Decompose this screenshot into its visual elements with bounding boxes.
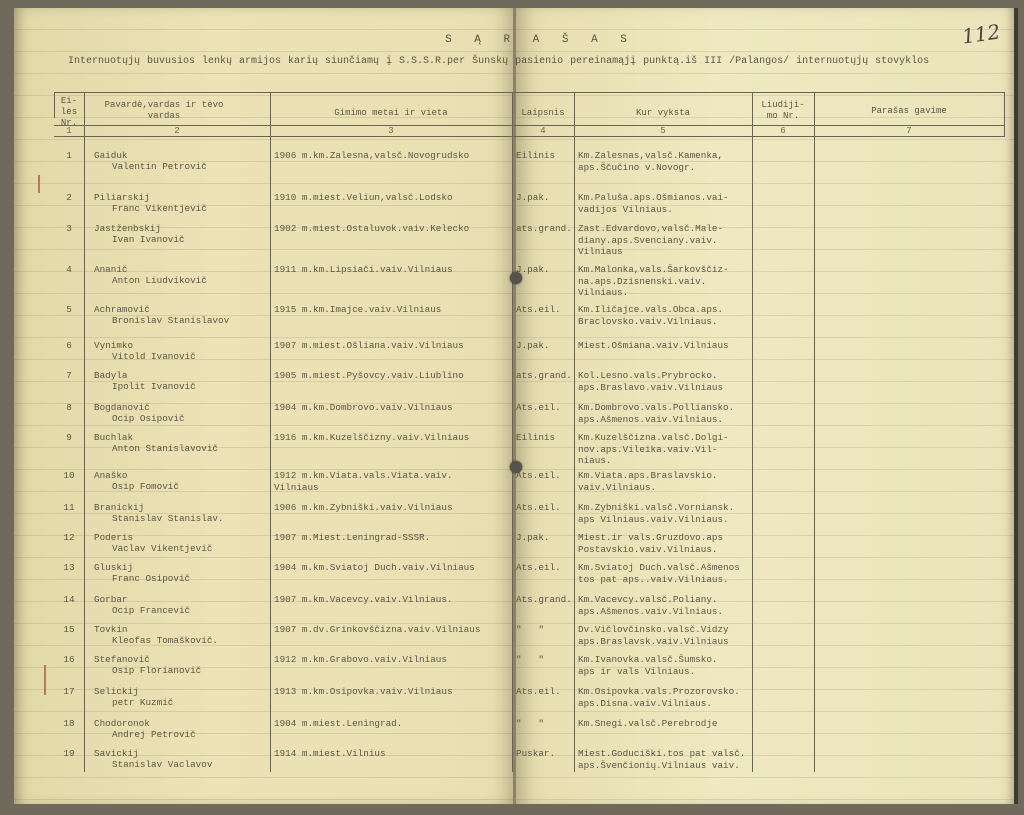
- header-row-number: Ei- lės Nr.: [54, 96, 84, 129]
- rank: ats.grand.: [516, 223, 572, 235]
- table-top-rule: [54, 92, 1004, 93]
- column-number: 2: [84, 126, 270, 136]
- birth-year-place: 1907 m.dv.Grinkovščizna.vaiv.Vilniaus: [274, 624, 480, 636]
- rank: " ": [516, 718, 544, 730]
- destination: Km.Iličajce.vals.Obca.aps. Braclovsko.va…: [578, 304, 723, 327]
- surname: Poderis: [94, 532, 133, 544]
- given-and-patronymic: Ivan Ivanovič: [112, 234, 185, 246]
- given-and-patronymic: Andrej Petrovič: [112, 729, 196, 741]
- rank: " ": [516, 624, 544, 636]
- birth-year-place: 1904 m.km.Dombrovo.vaiv.Vilniaus: [274, 402, 453, 414]
- row-number: 18: [56, 718, 82, 730]
- birth-year-place: 1906 m.km.Zalesna,valsč.Novogrudsko: [274, 150, 469, 162]
- row-number: 19: [56, 748, 82, 760]
- destination: Miest.Ošmiana.vaiv.Vilniaus: [578, 340, 729, 352]
- birth-year-place: 1916 m.km.Kuzelščizny.vaiv.Vilniaus: [274, 432, 469, 444]
- destination: Km.Kuzelščizna.valsč.Dolgi- nov.aps.Vile…: [578, 432, 729, 467]
- rank: " ": [516, 654, 544, 666]
- surname: Gaiduk: [94, 150, 127, 162]
- destination: Km.Paluša.aps.Ošmianos.vai- vadijos Viln…: [578, 192, 729, 215]
- birth-year-place: 1914 m.miest.Vilnius: [274, 748, 386, 760]
- rank: Eilinis: [516, 150, 555, 162]
- surname: Savickij: [94, 748, 139, 760]
- given-and-patronymic: Stanislav Stanislav.: [112, 513, 224, 525]
- destination: Dv.Vičlovčinsko.valsč.Vidzy aps.Braslavs…: [578, 624, 729, 647]
- binding-hole: [510, 461, 522, 473]
- surname: Anaško: [94, 470, 127, 482]
- surname: Gluskij: [94, 562, 133, 574]
- header-bottom-rule: [54, 136, 1004, 137]
- rank: Ats.eil.: [516, 470, 561, 482]
- given-and-patronymic: Anton Liudvikovič: [112, 275, 207, 287]
- surname: Selickij: [94, 686, 139, 698]
- column-rule: [1004, 92, 1005, 137]
- rank: Ats.eil.: [516, 402, 561, 414]
- given-and-patronymic: Valentin Petrovič: [112, 161, 207, 173]
- column-number: 3: [270, 126, 512, 136]
- given-and-patronymic: Ocip Osipovič: [112, 413, 185, 425]
- birth-year-place: 1902 m.miest.Ostaluvok.vaiv.Kelecko: [274, 223, 469, 235]
- row-number: 3: [56, 223, 82, 235]
- column-rule: [574, 92, 575, 772]
- row-number: 9: [56, 432, 82, 444]
- header-signature: Parašas gavime: [814, 106, 1004, 117]
- surname: Jastženbskij: [94, 223, 161, 235]
- birth-year-place: 1912 m.km.Grabovo.vaiv.Vilniaus: [274, 654, 447, 666]
- destination: Km.Osipovka.vals.Prozorovsko. aps.Disna.…: [578, 686, 740, 709]
- rank: Ats.eil.: [516, 686, 561, 698]
- given-and-patronymic: Kleofas Tomaškovič.: [112, 635, 218, 647]
- birth-year-place: 1906 m.km.Zybniški.vaiv.Vilniaus: [274, 502, 453, 514]
- row-number: 5: [56, 304, 82, 316]
- rust-stain: [38, 175, 40, 193]
- surname: Piliarskij: [94, 192, 150, 204]
- rank: Ats.eil.: [516, 502, 561, 514]
- given-and-patronymic: Vitold Ivanovič: [112, 351, 196, 363]
- row-number: 14: [56, 594, 82, 606]
- birth-year-place: 1904 m.km.Sviatoj Duch.vaiv.Vilniaus: [274, 562, 475, 574]
- column-rule: [270, 92, 271, 772]
- row-number: 15: [56, 624, 82, 636]
- rank: Ats.eil.: [516, 304, 561, 316]
- destination: Km.Zalesnas,valsč.Kamenka, aps.Ščučino v…: [578, 150, 723, 173]
- row-number: 8: [56, 402, 82, 414]
- column-rule: [752, 92, 753, 772]
- rank: J.pak.: [516, 532, 549, 544]
- destination: Km.Zybniški.valsč.Vorniansk. aps Vilniau…: [578, 502, 734, 525]
- row-number: 7: [56, 370, 82, 382]
- header-birth: Gimimo metai ir vieta: [270, 108, 512, 119]
- destination: Km.Malonka,vals.Šarkovščiz- na.aps.Dzisn…: [578, 264, 729, 299]
- column-number: 4: [512, 126, 574, 136]
- surname: Achramovič: [94, 304, 150, 316]
- rust-stain: [44, 665, 46, 695]
- given-and-patronymic: Osip Florianovič: [112, 665, 201, 677]
- binding-hole: [510, 272, 522, 284]
- given-and-patronymic: Osip Fomovič: [112, 481, 179, 493]
- row-number: 1: [56, 150, 82, 162]
- surname: Branickij: [94, 502, 144, 514]
- document-title: S Ą R A Š A S: [440, 34, 640, 46]
- row-number: 6: [56, 340, 82, 352]
- column-number: 5: [574, 126, 752, 136]
- birth-year-place: 1904 m.miest.Leningrad.: [274, 718, 402, 730]
- given-and-patronymic: Ocip Francevič: [112, 605, 190, 617]
- destination: Km.Snegi.valsč.Perebrodje: [578, 718, 717, 730]
- rank: J.pak.: [516, 340, 549, 352]
- destination: Km.Dombrovo.vals.Polliansko. aps.Ašmenos…: [578, 402, 734, 425]
- destination: Km.Ivanovka.valsč.Šumsko. aps ir vals Vi…: [578, 654, 717, 677]
- birth-year-place: 1912 m.km.Viata.vals.Viata.vaiv. Vilniau…: [274, 470, 453, 493]
- birth-year-place: 1907 m.km.Vacevcy.vaiv.Vilniaus.: [274, 594, 453, 606]
- destination: Km.Viata.aps.Braslavskio. vaiv.Vilniaus.: [578, 470, 717, 493]
- destination: Kol.Lesno.vals.Prybrocko. aps.Braslavo.v…: [578, 370, 723, 393]
- column-number: 1: [54, 126, 84, 136]
- given-and-patronymic: petr Kuzmič: [112, 697, 173, 709]
- surname: Chodoronok: [94, 718, 150, 730]
- surname: Gorbar: [94, 594, 127, 606]
- column-number: 6: [752, 126, 814, 136]
- rank: Ats.eil.: [516, 562, 561, 574]
- destination: Zast.Edvardovo,valsč.Male- diany.aps.Sve…: [578, 223, 723, 258]
- header-certificate: Liudiji- mo Nr.: [752, 100, 814, 122]
- surname: Ananič: [94, 264, 127, 276]
- surname: Buchlak: [94, 432, 133, 444]
- rank: ats.grand.: [516, 370, 572, 382]
- rank: J.pak.: [516, 192, 549, 204]
- surname: Badyla: [94, 370, 127, 382]
- given-and-patronymic: Franc Vikentjevič: [112, 203, 207, 215]
- rank: Puskar.: [516, 748, 555, 760]
- birth-year-place: 1913 m.km.Osipovka.vaiv.Vilniaus: [274, 686, 453, 698]
- row-number: 17: [56, 686, 82, 698]
- column-rule: [512, 92, 513, 772]
- surname: Bogdanovič: [94, 402, 150, 414]
- row-number: 11: [56, 502, 82, 514]
- destination: Miest.ir vals.Gruzdovo.aps Postavskio.va…: [578, 532, 723, 555]
- row-number: 2: [56, 192, 82, 204]
- surname: Tovkin: [94, 624, 127, 636]
- column-number: 7: [814, 126, 1004, 136]
- ledger-table: Ei- lės Nr. Pavardė,vardas ir tėvo varda…: [54, 92, 1004, 772]
- row-number: 4: [56, 264, 82, 276]
- rank: Ats.grand.: [516, 594, 572, 606]
- birth-year-place: 1910 m.miest.Veliun,valsč.Lodsko: [274, 192, 453, 204]
- row-number: 10: [56, 470, 82, 482]
- given-and-patronymic: Anton Stanislavovič: [112, 443, 218, 455]
- column-rule: [814, 92, 815, 772]
- given-and-patronymic: Franc Osipovič: [112, 573, 190, 585]
- surname: Vynimko: [94, 340, 133, 352]
- birth-year-place: 1911 m.km.Lipsiači.vaiv.Vilniaus: [274, 264, 453, 276]
- destination: Km.Vacevcy.valsč.Poliany. aps.Ašmenos.va…: [578, 594, 723, 617]
- rank: Eilinis: [516, 432, 555, 444]
- given-and-patronymic: Stanislav Vaclavov: [112, 759, 212, 771]
- given-and-patronymic: Ipolit Ivanovič: [112, 381, 196, 393]
- birth-year-place: 1915 m.km.Imajce.vaiv.Vilniaus: [274, 304, 441, 316]
- birth-year-place: 1905 m.miest.Pyšovcy.vaiv.Liublino: [274, 370, 464, 382]
- column-rule: [84, 92, 85, 772]
- row-number: 12: [56, 532, 82, 544]
- birth-year-place: 1907 m.Miest.Leningrad-SSSR.: [274, 532, 430, 544]
- surname: Stefanovič: [94, 654, 150, 666]
- destination: Km.Sviatoj Duch.valsč.Ašmenos tos pat ap…: [578, 562, 740, 585]
- document-subtitle: Internuotųjų buvusios lenkų armijos kari…: [68, 56, 948, 67]
- row-number: 13: [56, 562, 82, 574]
- given-and-patronymic: Bronislav Stanislavov: [112, 315, 229, 327]
- row-number: 16: [56, 654, 82, 666]
- destination: Miest.Goduciški.tos pat valsč. aps.Švenč…: [578, 748, 745, 771]
- header-name: Pavardė,vardas ir tėvo vardas: [84, 100, 244, 122]
- given-and-patronymic: Vaclav Vikentjevič: [112, 543, 212, 555]
- header-destination: Kur vyksta: [574, 108, 752, 119]
- header-rank: Laipsnis: [512, 108, 574, 119]
- birth-year-place: 1907 m.miest.Ošliana.vaiv.Vilniaus: [274, 340, 464, 352]
